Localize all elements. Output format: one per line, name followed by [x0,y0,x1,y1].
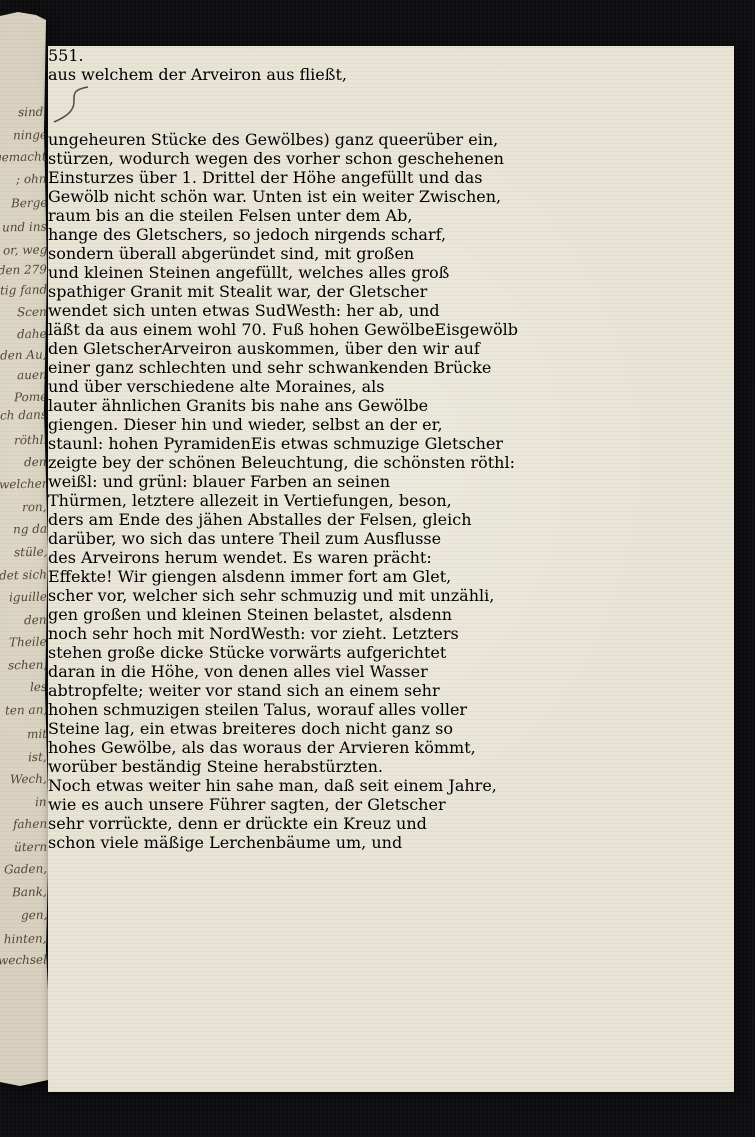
manuscript-line: Thürmen, letztere allezeit in Vertiefung… [48,491,734,510]
handwritten-text: hange des Gletschers, so jedoch nirgends… [48,225,446,244]
handwritten-text: PyramidenEis [163,434,275,453]
manuscript-line: hange des Gletschers, so jedoch nirgends… [48,225,734,244]
handwritten-text: raum bis an die steilen Felsen unter dem… [48,206,412,225]
handwritten-text: denen alles viel Wasser [233,662,427,681]
manuscript-line: sehr vorrückte, denn er drückte ein Kreu… [48,814,734,833]
handwritten-text: stehen große dicke Stücke vorwärts aufge… [48,643,446,662]
page-number: 551. [48,46,734,65]
manuscript-line: weißl: und grünl: blauer Farben an seine… [48,472,734,491]
manuscript-line: Noch etwas weiter hin sahe man, daß seit… [48,776,734,795]
manuscript-page-wrap: 551. aus welchem der Arveiron aus fließt… [0,0,755,1137]
handwritten-text: zeigte bey der schönen Beleuchtung, die … [48,453,515,472]
manuscript-line: gen großen und kleinen Steinen belastet,… [48,605,734,624]
handwritten-text: darüber, wo sich das untere Theil zum Au… [48,529,441,548]
manuscript-line: hohes Gewölbe, als das woraus der Arvier… [48,738,734,757]
handwritten-text: sondern überall abgeründet sind, mit gro… [48,244,414,263]
manuscript-line: Effekte! Wir giengen alsdenn immer fort … [48,567,734,586]
insertion-swash [48,84,94,126]
handwritten-text: Gewölb nicht schön [48,187,213,206]
handwritten-text: scher vor, welcher sich sehr schmuzig un… [48,586,494,605]
struck-text: GletscherArveiron [83,339,232,358]
manuscript-line: abtropfelte; weiter vor stand sich an ei… [48,681,734,700]
manuscript-line: stehen große dicke Stücke vorwärts aufge… [48,643,734,662]
struck-text: wodurch [119,149,190,168]
manuscript-line: staunl: hohen PyramidenEis etwas schmuzi… [48,434,734,453]
manuscript-line: läßt da aus einem wohl 70. Fuß hohen Gew… [48,320,734,339]
handwritten-text: Unten ist ein weiter Zwischen, [247,187,501,206]
manuscript-line: worüber beständig Steine herabstürzten. [48,757,734,776]
manuscript-line: ungeheuren Stücke des Gewölbes) ganz que… [48,130,734,149]
handwritten-text: wendet sich unten etwas SudWesth: her ab… [48,301,440,320]
manuscript-line: und über verschiedene alte Moraines, als [48,377,734,396]
manuscript-line: scher vor, welcher sich sehr schmuzig un… [48,586,734,605]
interline-insertion: Eis [251,434,276,453]
handwritten-text: kömmt, [409,738,475,757]
handwritten-text: gen großen und kleinen Steinen belastet,… [48,605,452,624]
manuscript-line: schon viele mäßige Lerchenbäume um, und [48,833,734,852]
handwritten-text: Effekte! Wir giengen alsdenn immer fort … [48,567,451,586]
manuscript-line: noch sehr hoch mit NordWesth: vor zieht.… [48,624,734,643]
manuscript-line: darüber, wo sich das untere Theil zum Au… [48,529,734,548]
handwritten-text: sehr vorrückte, denn er drückte ein Kreu… [48,814,427,833]
handwritten-text: lauter ähnlichen Granits bis nahe ans Ge… [48,396,428,415]
handwritten-text: einer ganz schlechten und sehr schwanken… [48,358,491,377]
manuscript-line: den GletscherArveiron auskommen, über de… [48,339,734,358]
handwritten-text: wie es auch unsere Führer sagten, der Gl… [48,795,446,814]
handwritten-text: spathiger Granit mit Stealit war, der Gl… [48,282,427,301]
handwritten-text: Noch etwas weiter hin sahe man, daß seit… [48,776,497,795]
manuscript-line: daran in die Höhe, von denen alles viel … [48,662,734,681]
struck-text: vieren [358,738,409,757]
manuscript-line: stürzen, wodurch wegen des vorher schon … [48,149,734,168]
struck-text: war. [213,187,247,206]
handwritten-text: schon viele mäßige Lerchenbäume um, und [48,833,402,852]
handwritten-text: Steine lag, ein etwas breiteres doch nic… [48,719,453,738]
manuscript-line: hohen schmuzigen steilen Talus, worauf a… [48,700,734,719]
handwritten-text: etwas schmuzige Gletscher [276,434,503,453]
handwritten-text: läßt da aus einem wohl 70. Fuß hohen [48,320,364,339]
manuscript-line: sondern überall abgeründet sind, mit gro… [48,244,734,263]
handwritten-text: giengen. Dieser hin und wieder, selbst a… [48,415,443,434]
handwritten-text: wegen des vorher schon geschehenen [190,149,504,168]
interline-insertion: Arveiron [162,339,232,358]
struck-text: prächt: [373,548,432,567]
handwritten-text: Einsturzes über 1. Drittel der Höhe ange… [48,168,482,187]
handwritten-text: hohes Gewölbe, als das woraus der Ar [48,738,358,757]
handwritten-text: worüber beständig Steine herabstürzten. [48,757,383,776]
manuscript-line: raum bis an die steilen Felsen unter dem… [48,206,734,225]
manuscript-line: des Arveirons herum wendet. Es waren prä… [48,548,734,567]
scanned-manuscript-photo: { "scan": { "background_color": "#0b0b0d… [0,0,755,1137]
handwritten-text: noch sehr hoch mit NordWesth: vor zieht.… [48,624,459,643]
manuscript-line: Steine lag, ein etwas breiteres doch nic… [48,719,734,738]
manuscript-line: zeigte bey der schönen Beleuchtung, die … [48,453,734,472]
handwritten-text: stürzen, [48,149,119,168]
manuscript-line: Einsturzes über 1. Drittel der Höhe ange… [48,168,734,187]
handwritten-text: des Arveirons herum wendet. Es waren [48,548,373,567]
handwritten-text: hohen schmuzigen steilen Talus, worauf a… [48,700,467,719]
manuscript-line: lauter ähnlichen Granits bis nahe ans Ge… [48,396,734,415]
manuscript-page: 551. aus welchem der Arveiron aus fließt… [48,46,734,1092]
handwritten-text: den [48,339,83,358]
handwritten-text: ungeheuren Stücke des Gewölbes) ganz que… [48,130,498,149]
struck-text: GewölbeEisgewölb [364,320,518,339]
manuscript-line: Gewölb nicht schön war. Unten ist ein we… [48,187,734,206]
manuscript-line: ders am Ende des jähen Abstalles der Fel… [48,510,734,529]
manuscript-line: wendet sich unten etwas SudWesth: her ab… [48,301,734,320]
handwritten-text: staunl: hohen [48,434,163,453]
handwritten-text: weißl: und grünl: blauer Farben an seine… [48,472,390,491]
handwritten-text: und über verschiedene alte Moraines, als [48,377,384,396]
text-block: ungeheuren Stücke des Gewölbes) ganz que… [48,130,734,852]
manuscript-line: spathiger Granit mit Stealit war, der Gl… [48,282,734,301]
manuscript-line: und kleinen Steinen angefüllt, welches a… [48,263,734,282]
handwritten-text: abtropfelte; weiter vor stand sich an ei… [48,681,440,700]
manuscript-line: einer ganz schlechten und sehr schwanken… [48,358,734,377]
header-insertion: aus welchem der Arveiron aus fließt, [48,65,734,84]
manuscript-line: wie es auch unsere Führer sagten, der Gl… [48,795,734,814]
interline-insertion: Eisgewölb [435,320,518,339]
handwritten-text: daran in die Höhe, [48,662,204,681]
struck-text: von [204,662,233,681]
handwritten-text: auskommen, über den wir auf [232,339,480,358]
handwritten-text: ders am Ende des jähen Abstalles der Fel… [48,510,472,529]
manuscript-line: giengen. Dieser hin und wieder, selbst a… [48,415,734,434]
handwritten-text: und kleinen Steinen angefüllt, welches a… [48,263,449,282]
handwritten-text: Thürmen, letztere allezeit in Vertiefung… [48,491,452,510]
